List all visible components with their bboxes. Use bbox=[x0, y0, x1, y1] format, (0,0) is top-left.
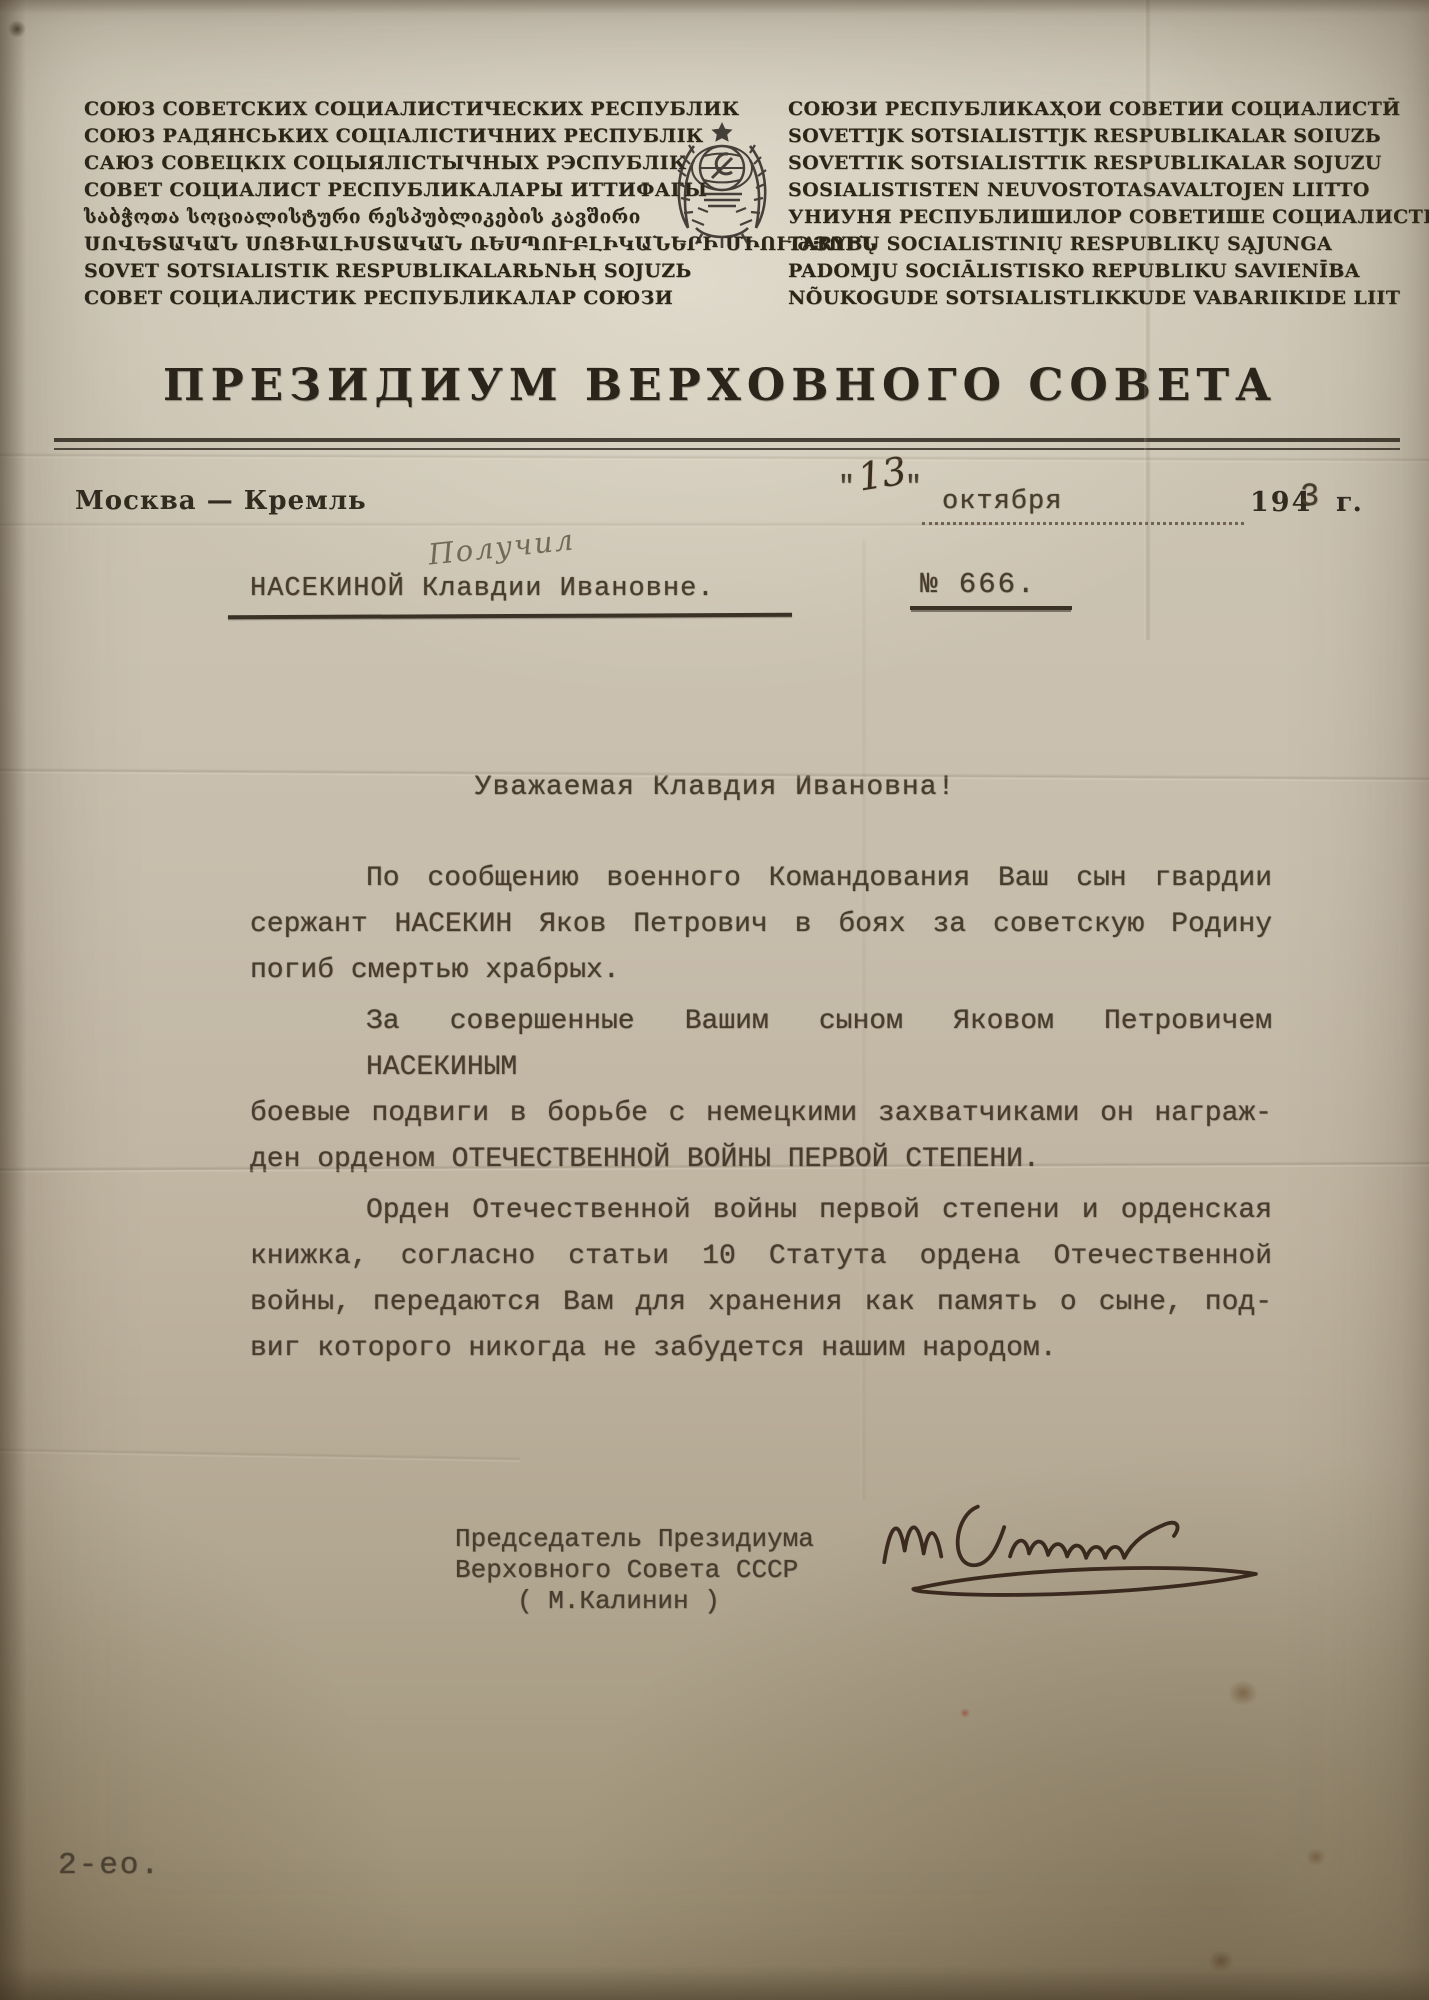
stain bbox=[1228, 1680, 1258, 1706]
scanned-letter: СОЮЗ СОВЕТСКИХ СОЦИАЛИСТИЧЕСКИХ РЕСПУБЛИ… bbox=[0, 0, 1429, 2000]
lang-line: УНИУНЯ РЕСПУБЛИШИЛОР СОВЕТИШЕ СОЦИАЛИСТЕ bbox=[788, 204, 1429, 231]
paper-edge-shadow bbox=[0, 1966, 1429, 2000]
number-underline bbox=[910, 606, 1072, 610]
paper-crease bbox=[0, 453, 1429, 464]
body-line: ден орденом ОТЕЧЕСТВЕННОЙ ВОЙНЫ ПЕРВОЙ С… bbox=[250, 1137, 1272, 1183]
body-paragraph: По сообщению военного Командования Ваш с… bbox=[250, 856, 1272, 994]
document-number: № 666. bbox=[920, 568, 1036, 601]
signature-line: ( М.Калинин ) bbox=[455, 1586, 814, 1617]
stain bbox=[1306, 1848, 1326, 1866]
body-line: За совершенные Вашим сыном Яковом Петров… bbox=[250, 999, 1272, 1091]
year-typed-digit: 3 bbox=[1300, 478, 1319, 515]
lang-line: SOVET SOTSIALISTIK RESPUBLIKALARЬNЬҢ SOJ… bbox=[84, 258, 877, 285]
lang-line: СОЮЗИ РЕСПУБЛИКАҲОИ СОВЕТИИ СОЦИАЛИСТӢ bbox=[788, 96, 1429, 123]
body-line: книжка, согласно статьи 10 Статута орден… bbox=[250, 1234, 1272, 1280]
day-handwritten: 13 bbox=[855, 448, 910, 499]
year-suffix: г. bbox=[1336, 487, 1362, 518]
pencil-annotation: Получил bbox=[427, 522, 577, 571]
salutation: Уважаемая Клавдия Ивановна! bbox=[205, 772, 1225, 803]
signature-title-lines: Председатель Президиума Верховного Совет… bbox=[455, 1524, 814, 1617]
paper-crease bbox=[0, 1447, 520, 1462]
lang-line: TARYBŲ SOCIALISTINIŲ RESPUBLIKŲ SĄJUNGA bbox=[788, 231, 1429, 258]
kalinin-signature-ink bbox=[872, 1492, 1312, 1617]
paper-edge-shadow bbox=[0, 0, 1429, 14]
body-line: По сообщению военного Командования Ваш с… bbox=[250, 856, 1272, 902]
body-paragraph: Орден Отечественной войны первой степени… bbox=[250, 1188, 1272, 1372]
addressee-line: НАСЕКИНОЙ Клавдии Ивановне. bbox=[250, 574, 714, 604]
body-line: войны, передаются Вам для хранения как п… bbox=[250, 1280, 1272, 1326]
stain bbox=[960, 1708, 970, 1718]
body-line: Орден Отечественной войны первой степени… bbox=[250, 1188, 1272, 1234]
header-rule bbox=[54, 438, 1400, 450]
place-label: Москва — Кремль bbox=[75, 486, 367, 516]
body-line: сержант НАСЕКИН Яков Петрович в боях за … bbox=[250, 902, 1272, 948]
paper-crease bbox=[0, 522, 1000, 528]
presidium-title: ПРЕЗИДИУМ ВЕРХОВНОГО СОВЕТА bbox=[20, 360, 1420, 411]
lang-line: SOVETTJK SOTSIALISTTJK RESPUBLIKALAR SOI… bbox=[788, 123, 1429, 150]
signature-line: Верховного Совета СССР bbox=[455, 1555, 814, 1586]
lang-line: СОВЕТ СОЦИАЛИСТИК РЕСПУБЛИКАЛАР СОЮЗИ bbox=[84, 285, 877, 312]
body-line: виг которого никогда не забудется нашим … bbox=[250, 1326, 1272, 1372]
lang-line: PADOMJU SOCIĀLISTISKO REPUBLIKU SAVIENĪB… bbox=[788, 258, 1429, 285]
quote-close: " bbox=[905, 472, 922, 503]
lang-column-right: СОЮЗИ РЕСПУБЛИКАҲОИ СОВЕТИИ СОЦИАЛИСТӢ S… bbox=[788, 96, 1429, 312]
body-line: боевые подвиги в борьбе с немецкими захв… bbox=[250, 1091, 1272, 1137]
letter-body: По сообщению военного Командования Ваш с… bbox=[250, 856, 1272, 1377]
state-emblem-icon bbox=[668, 116, 776, 252]
month-typed: октября bbox=[942, 487, 1062, 517]
body-line: погиб смертью храбрых. bbox=[250, 948, 1272, 994]
signature-line: Председатель Президиума bbox=[455, 1524, 814, 1555]
lang-line: SOVETTIK SOTSIALISTTIK RESPUBLIKALAR SOJ… bbox=[788, 150, 1429, 177]
paper-edge-shadow bbox=[0, 0, 26, 2000]
page-note: 2-ео. bbox=[58, 1848, 161, 1883]
body-paragraph: За совершенные Вашим сыном Яковом Петров… bbox=[250, 999, 1272, 1183]
lang-line: NÕUKOGUDE SOTSIALISTLIKKUDE VABARIIKIDE … bbox=[788, 285, 1429, 312]
addressee-underline bbox=[228, 613, 792, 619]
quote-open: " bbox=[838, 472, 855, 503]
lang-line: SOSIALISTISTEN NEUVOSTOTASAVALTOJEN LIIT… bbox=[788, 177, 1429, 204]
